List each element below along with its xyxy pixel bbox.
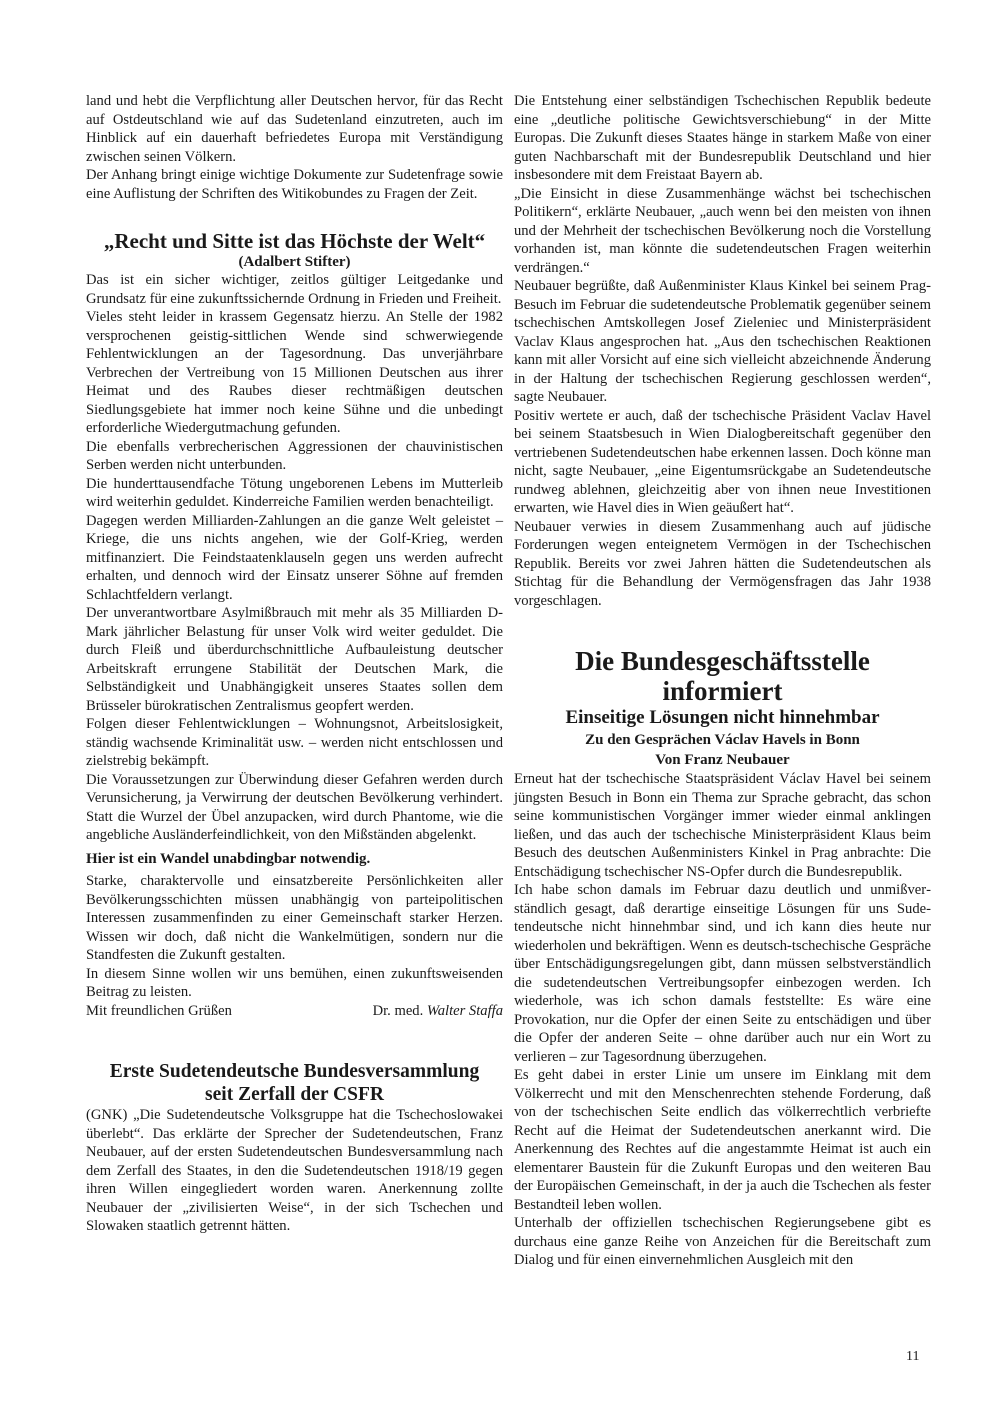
article-title: „Recht und Sitte ist das Höchste der Wel… (86, 229, 503, 253)
signature-name: Walter Staffa (427, 1003, 503, 1019)
article-subtitle: (Adalbert Stifter) (86, 253, 503, 271)
body-paragraph: Es geht dabei in erster Linie um unsere … (514, 1066, 931, 1214)
body-paragraph: In diesem Sinne wollen wir uns bemühen, … (86, 965, 503, 1002)
signature: Dr. med. Walter Staffa (373, 1002, 503, 1021)
section-title-line1: Die Bundesgeschäftsstelle (575, 646, 870, 676)
body-paragraph: Dagegen werden Milliarden-Zahlungen an d… (86, 512, 503, 605)
section-title-line2: informiert (663, 676, 783, 706)
body-paragraph: Die Voraussetzungen zur Überwindung dies… (86, 771, 503, 845)
body-paragraph: Positiv wertete er auch, daß der tschech… (514, 407, 931, 518)
emphasis-line: Hier ist ein Wandel unabdingbar notwendi… (86, 850, 503, 869)
right-column: Die Entstehung einer selbständigen Tsche… (514, 92, 931, 1270)
body-paragraph: Die ebenfalls verbrecherischen Aggressio… (86, 438, 503, 475)
section-subheadline: Zu den Gesprächen Václav Havels in Bonn (514, 730, 931, 750)
article2-title-line1: Erste Sudetendeutsche Bundesversammlung (110, 1061, 479, 1082)
body-paragraph: Erneut hat der tschechische Staatspräsid… (514, 770, 931, 881)
body-paragraph: Folgen dieser Fehlentwicklungen – Wohnun… (86, 715, 503, 771)
body-paragraph: Neubauer begrüßte, daß Außenminister Kla… (514, 277, 931, 407)
body-paragraph: Der unverantwortbare Asylmißbrauch mit m… (86, 604, 503, 715)
body-paragraph: (GNK) „Die Sudetendeutsche Volksgruppe h… (86, 1106, 503, 1236)
page-number: 11 (906, 1349, 919, 1365)
section-headline: Einseitige Lösungen nicht hinnehmbar (514, 706, 931, 730)
greeting: Mit freundlichen Grüßen (86, 1002, 232, 1021)
section-title: Die Bundesgeschäftsstelleinformiert (514, 646, 931, 706)
intro-paragraph: land und hebt die Verpflichtung aller De… (86, 92, 503, 166)
body-paragraph: „Die Einsicht in diese Zusammenhänge wäc… (514, 185, 931, 278)
body-paragraph: Starke, charaktervolle und einsatzbereit… (86, 872, 503, 965)
signature-line: Mit freundlichen Grüßen Dr. med. Walter … (86, 1002, 503, 1021)
body-paragraph: Ich habe schon damals im Februar dazu de… (514, 881, 931, 1066)
body-paragraph: Unterhalb der offiziellen tschechischen … (514, 1214, 931, 1270)
left-column: land und hebt die Verpflichtung aller De… (86, 92, 503, 1236)
body-paragraph: Das ist ein sicher wichtiger, zeitlos gü… (86, 271, 503, 308)
body-paragraph: Vieles steht leider in krassem Gegensatz… (86, 308, 503, 438)
section-byline: Von Franz Neubauer (514, 750, 931, 770)
body-paragraph: Die hunderttausendfache Tötung ungeboren… (86, 475, 503, 512)
intro-paragraph: Der Anhang bringt einige wichtige Dokume… (86, 166, 503, 203)
body-paragraph: Neubauer verwies in diesem Zusammenhang … (514, 518, 931, 611)
article2-title-line2: seit Zerfall der CSFR (205, 1084, 384, 1105)
body-paragraph: Die Entstehung einer selbständigen Tsche… (514, 92, 931, 185)
signature-title: Dr. med. (373, 1003, 427, 1019)
article2-title: Erste Sudetendeutsche Bundesversammlungs… (86, 1060, 503, 1106)
